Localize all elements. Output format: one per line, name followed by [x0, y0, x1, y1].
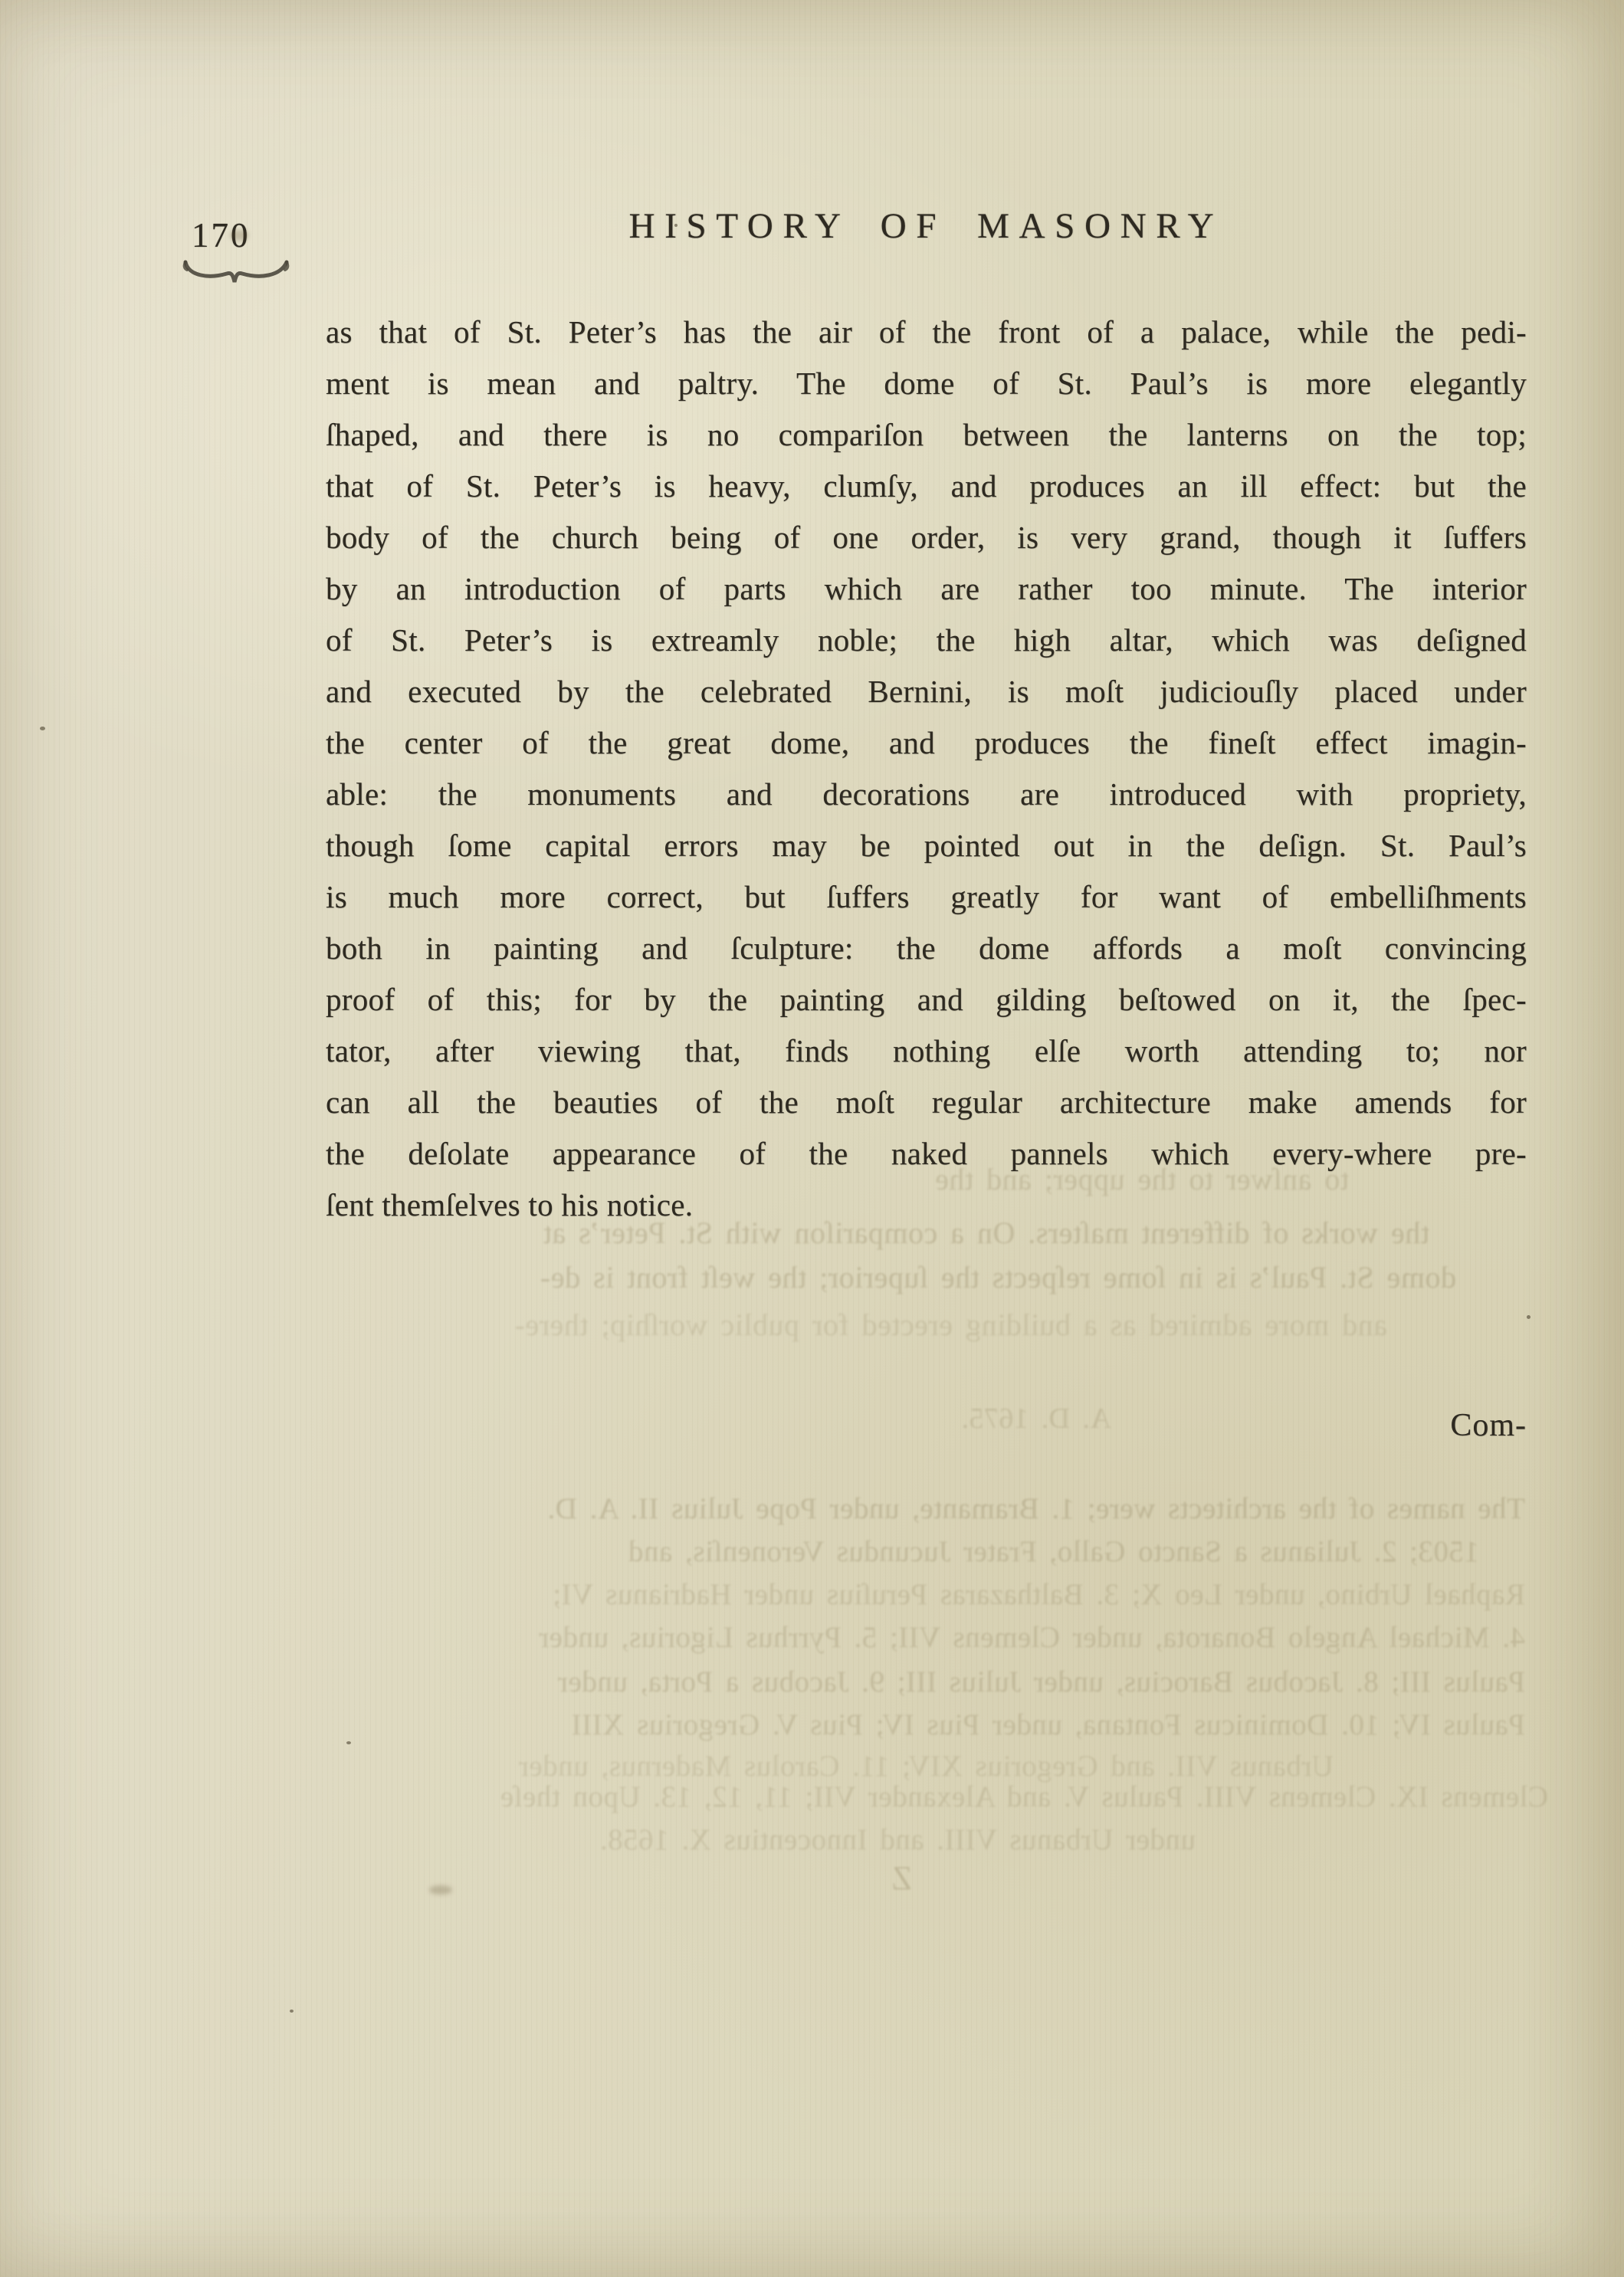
paper-smudge [230, 230, 248, 241]
bleedthrough-line: Clemens IX. Clemens VIII. Paulus V. and … [261, 1780, 1548, 1815]
ink-speck [346, 1741, 351, 1744]
body-line: is much more correct, but ſuffers greatl… [326, 871, 1527, 923]
page-number-flourish [182, 258, 290, 290]
bleedthrough-line: under Urbanus VIII. and Innocentius X. 1… [414, 1823, 1196, 1858]
bleedthrough-line: and more admired as a building erected f… [330, 1307, 1387, 1343]
ink-speck [1527, 1315, 1530, 1319]
body-line: proof of this; for by the painting and g… [326, 974, 1527, 1025]
body-line: tator, after viewing that, finds nothing… [326, 1025, 1527, 1077]
body-line: the center of the great dome, and produc… [326, 717, 1527, 769]
bleedthrough-line: Paulus IV; 10. Dominicus Fontana, under … [253, 1708, 1525, 1743]
ink-speck [290, 2010, 294, 2013]
body-line: that of St. Peter’s is heavy, clumſy, an… [326, 461, 1527, 512]
book-page: 170 HISTORY OF MASONRY as that of St. Pe… [0, 0, 1624, 2277]
body-line: of St. Peter’s is extreamly noble; the h… [326, 615, 1527, 666]
bleedthrough-line: Paulus III; 8. Jacobus Barocius, under J… [253, 1665, 1525, 1700]
bleedthrough-line: 4. Michael Angelo Bonarota, under Clemen… [253, 1620, 1525, 1655]
paper-smudge [429, 1885, 452, 1895]
body-line: can all the beauties of the moſt regular… [326, 1077, 1527, 1128]
ink-speck [40, 727, 45, 730]
catchword: Com- [326, 1407, 1527, 1444]
bleedthrough-line: Raphael Urbino, under Leo X; 3. Balthaza… [253, 1577, 1525, 1613]
bleedthrough-line: dome St. Paul’s is in ſome reſpects the … [261, 1260, 1456, 1295]
body-line: as that of St. Peter’s has the air of th… [326, 307, 1527, 358]
running-header-title: HISTORY OF MASONRY [326, 205, 1527, 247]
body-line: the deſolate appearance of the naked pan… [326, 1128, 1527, 1180]
body-line: body of the church being of one order, i… [326, 512, 1527, 563]
body-line: able: the monuments and decorations are … [326, 769, 1527, 820]
body-line: though ſome capital errors may be pointe… [326, 820, 1527, 871]
body-line: by an introduction of parts which are ra… [326, 563, 1527, 615]
body-line: ſent themſelves to his notice. [326, 1180, 1527, 1231]
bleedthrough-line: The names of the architects were; 1. Bra… [253, 1491, 1525, 1527]
body-line: ſhaped, and there is no compariſon betwe… [326, 409, 1527, 461]
bleedthrough-line: Urbanus VII. and Gregorius XIV; 11. Caro… [322, 1749, 1334, 1784]
body-line: both in painting and ſculpture: the dome… [326, 923, 1527, 974]
body-line: and executed by the celebrated Bernini, … [326, 666, 1527, 717]
body-text-block: as that of St. Peter’s has the air of th… [326, 307, 1527, 1231]
body-line: ment is mean and paltry. The dome of St.… [326, 358, 1527, 409]
ink-speck [674, 224, 677, 227]
bleedthrough-line: 1503; 2. Julianus a Sancto Gallo, Frater… [253, 1534, 1479, 1570]
bleedthrough-line: Z [858, 1861, 912, 1896]
